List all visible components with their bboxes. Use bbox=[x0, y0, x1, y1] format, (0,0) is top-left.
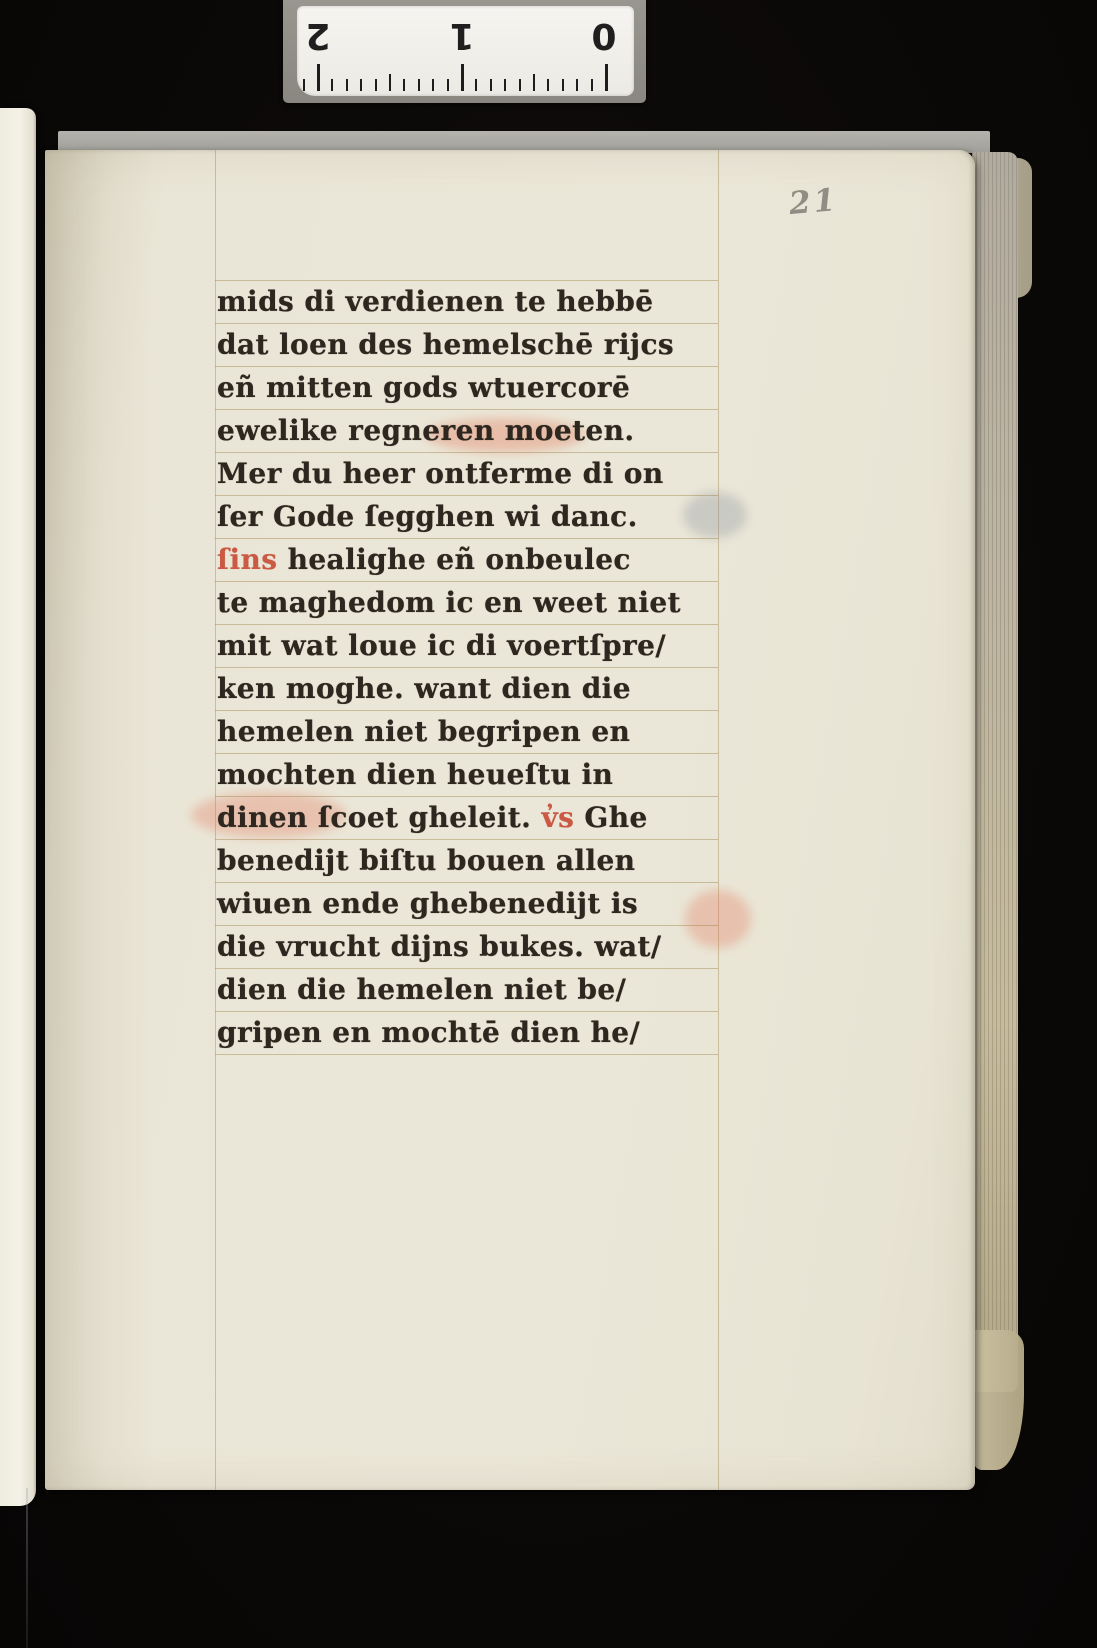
camera-clamp: 2 1 0 bbox=[283, 0, 646, 103]
ruler-tick bbox=[432, 79, 434, 91]
scale-bar: 2 1 0 bbox=[297, 6, 634, 96]
manuscript-line: ewelike regneren moeten. bbox=[215, 409, 718, 452]
ruler-tick bbox=[591, 79, 593, 91]
ruler-tick bbox=[346, 79, 348, 91]
ink-text: Ghe bbox=[584, 801, 647, 834]
ruler-tick bbox=[533, 74, 535, 91]
folio-number: 21 bbox=[788, 182, 840, 222]
ink-text: wiuen ende ghebenedijt is bbox=[217, 887, 638, 920]
ink-text: hemelen niet begripen en bbox=[217, 715, 630, 748]
ink-text: ewelike regneren moeten. bbox=[217, 414, 635, 447]
ink-text: / bbox=[630, 1016, 641, 1049]
ink-text: die vrucht dijns bukes. wat bbox=[217, 930, 651, 963]
manuscript-line: die vrucht dijns bukes. wat/ bbox=[215, 925, 718, 968]
manuscript-line: eñ mitten gods wtuercorē bbox=[215, 366, 718, 409]
ink-text: dat loen des hemelschē rijcs bbox=[217, 328, 674, 361]
ruler-tick bbox=[303, 79, 305, 91]
ink-text: mit wat loue ic di voertſpre bbox=[217, 629, 655, 662]
manuscript-line: mit wat loue ic di voertſpre/ bbox=[215, 624, 718, 667]
ink-text: dinen ſcoet gheleit. bbox=[217, 801, 541, 834]
ruler-tick bbox=[331, 79, 333, 91]
ruler-tick bbox=[605, 64, 608, 91]
rubric-text: ſins bbox=[217, 543, 288, 576]
ruler-tick bbox=[547, 79, 549, 91]
ruler-tick bbox=[360, 79, 362, 91]
manuscript-line: ſins healighe eñ onbeulec bbox=[215, 538, 718, 581]
ruler-tick bbox=[403, 79, 405, 91]
facing-page-edge bbox=[0, 108, 36, 1506]
manuscript-line: dat loen des hemelschē rijcs bbox=[215, 323, 718, 366]
ink-text: te maghedom ic en weet niet bbox=[217, 586, 681, 619]
ruling-line-right bbox=[718, 150, 719, 1490]
fore-edge-page-stack bbox=[972, 152, 1018, 1392]
ruler-tick bbox=[418, 79, 420, 91]
ink-text: healighe eñ onbeulec bbox=[288, 543, 631, 576]
manuscript-line: gripen en mochtē dien he/ bbox=[215, 1011, 718, 1054]
ruler-tick bbox=[576, 79, 578, 91]
ink-text: / bbox=[651, 930, 662, 963]
ink-text: mids di verdienen te hebbē bbox=[217, 285, 654, 318]
gutter-shadow bbox=[45, 150, 155, 1490]
ruler-tick bbox=[519, 79, 521, 91]
ruler-tick bbox=[504, 79, 506, 91]
manuscript-photograph: 21 mids di verdienen te hebbēdat loen de… bbox=[0, 0, 1097, 1648]
manuscript-line: mids di verdienen te hebbē bbox=[215, 280, 718, 323]
ink-text: ſer Gode ſegghen wi danc. bbox=[217, 500, 638, 533]
ruler-tick bbox=[562, 79, 564, 91]
ruler-tick bbox=[375, 79, 377, 91]
ink-text: / bbox=[616, 973, 627, 1006]
ruler-ticks bbox=[297, 6, 634, 96]
manuscript-line: Mer du heer ontferme di on bbox=[215, 452, 718, 495]
rubric-text: v̓s bbox=[541, 801, 584, 834]
manuscript-line: hemelen niet begripen en bbox=[215, 710, 718, 753]
manuscript-line: wiuen ende ghebenedijt is bbox=[215, 882, 718, 925]
ink-text: mochten dien heueſtu in bbox=[217, 758, 613, 791]
ruler-tick bbox=[317, 64, 320, 91]
manuscript-line: mochten dien heueſtu in bbox=[215, 753, 718, 796]
ink-text: ken moghe. want dien die bbox=[217, 672, 631, 705]
ink-text: gripen en mochtē dien he bbox=[217, 1016, 630, 1049]
ruler-tick bbox=[447, 79, 449, 91]
ruler-tick bbox=[490, 79, 492, 91]
manuscript-line: ſer Gode ſegghen wi danc. bbox=[215, 495, 718, 538]
fore-edge-bottom-curl bbox=[974, 1330, 1024, 1470]
ruler-tick bbox=[461, 64, 464, 91]
manuscript-line: te maghedom ic en weet niet bbox=[215, 581, 718, 624]
manuscript-line: benedijt biſtu bouen allen bbox=[215, 839, 718, 882]
text-block: mids di verdienen te hebbēdat loen des h… bbox=[215, 280, 718, 1055]
ink-text: dien die hemelen niet be bbox=[217, 973, 616, 1006]
ruler-tick bbox=[475, 79, 477, 91]
manuscript-page: 21 mids di verdienen te hebbēdat loen de… bbox=[45, 150, 975, 1490]
manuscript-line: dinen ſcoet gheleit. v̓s Ghe bbox=[215, 796, 718, 839]
ruler-tick bbox=[389, 74, 391, 91]
manuscript-line: ken moghe. want dien die bbox=[215, 667, 718, 710]
glass-edge-line bbox=[26, 1488, 28, 1648]
ink-text: / bbox=[655, 629, 666, 662]
ink-text: Mer du heer ontferme di on bbox=[217, 457, 664, 490]
ink-text: eñ mitten gods wtuercorē bbox=[217, 371, 630, 404]
manuscript-line: dien die hemelen niet be/ bbox=[215, 968, 718, 1011]
ink-text: benedijt biſtu bouen allen bbox=[217, 844, 635, 877]
